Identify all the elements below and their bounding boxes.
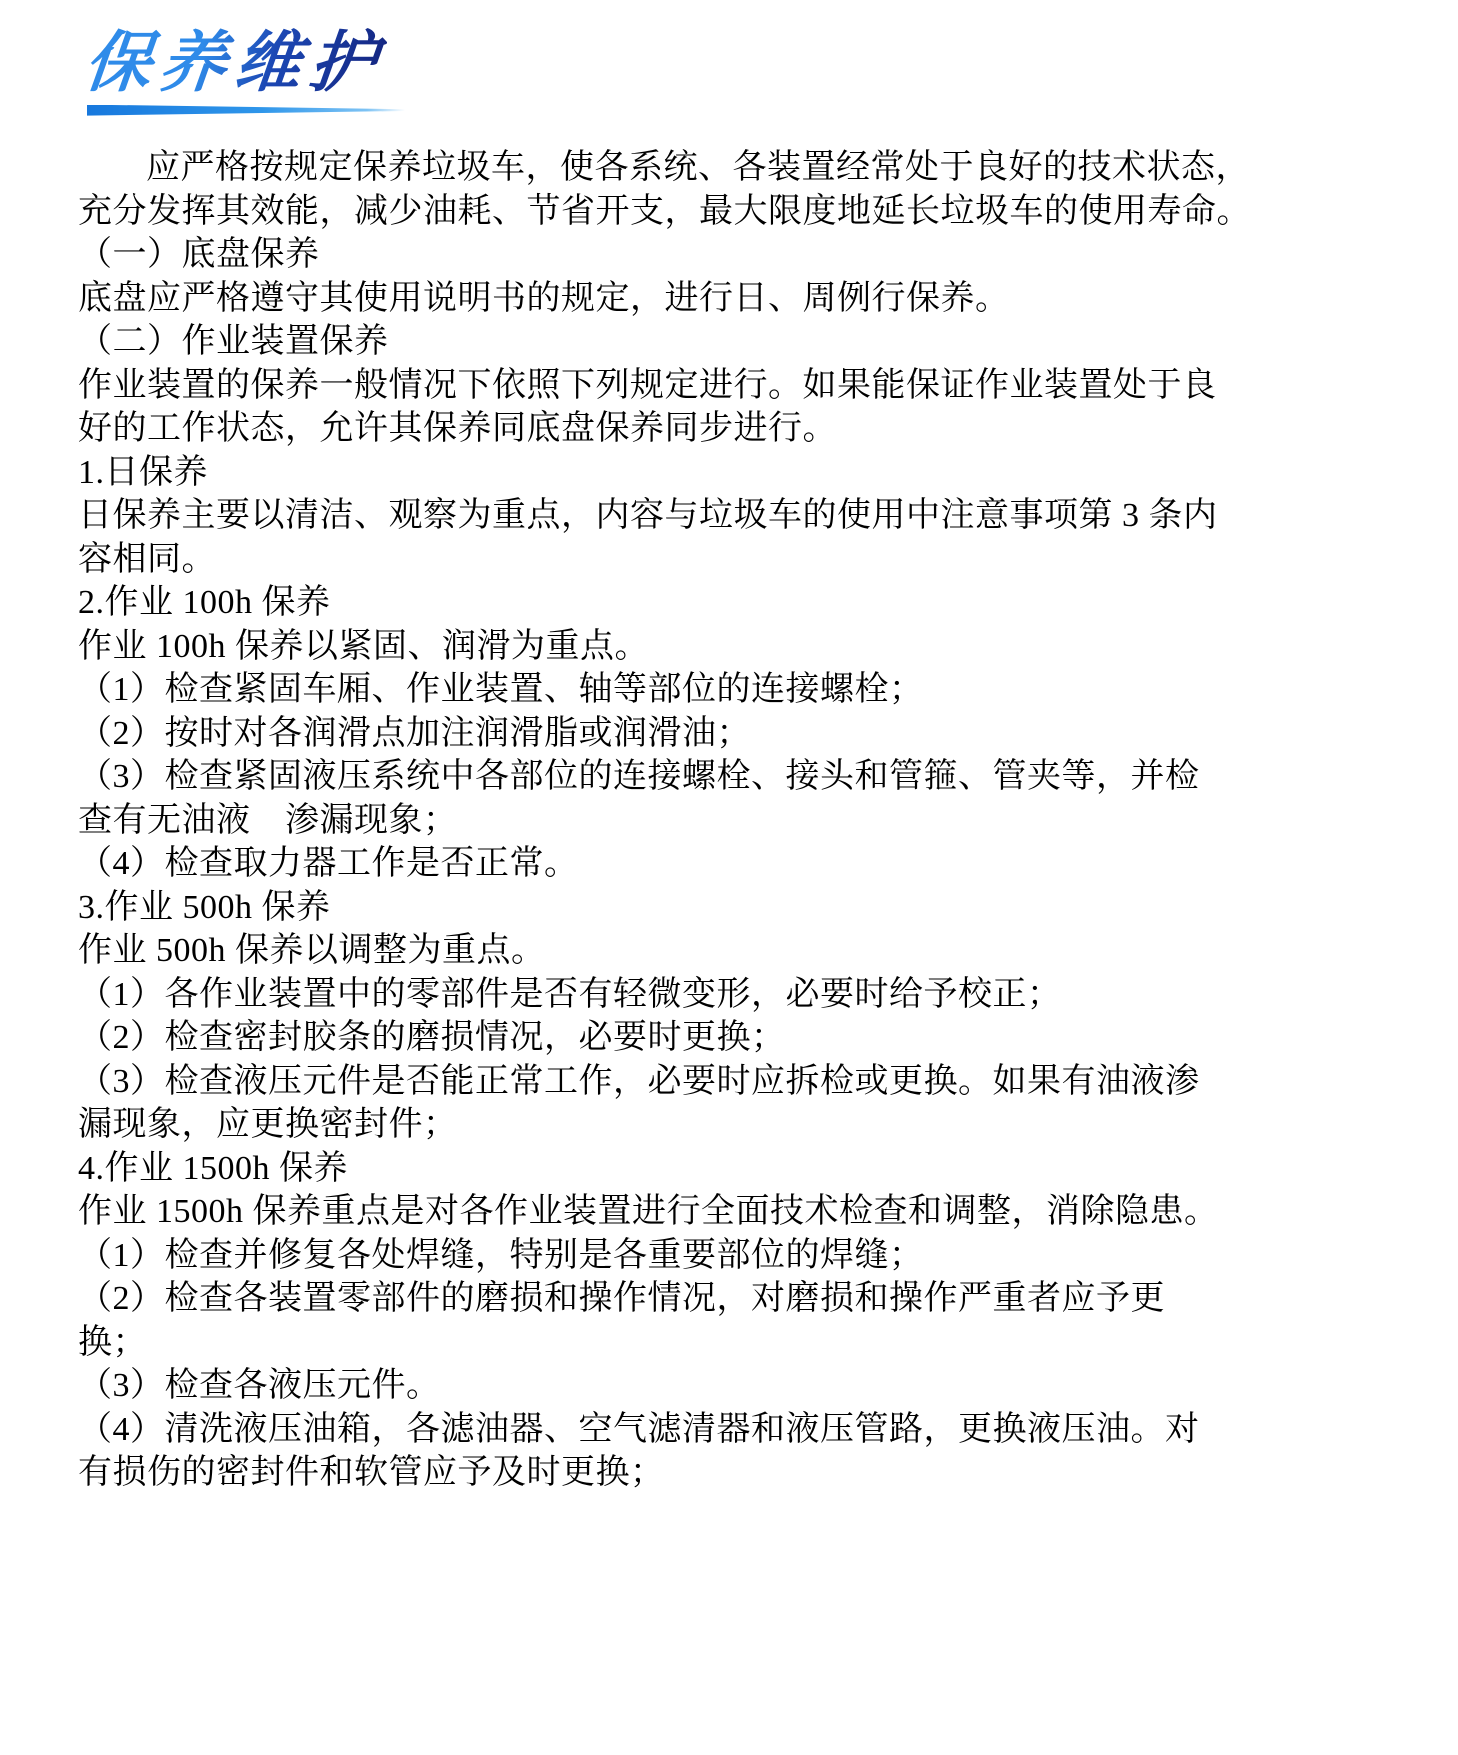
text-line: 有损伤的密封件和软管应予及时更换； — [78, 1451, 1258, 1495]
title-underline-swoosh — [87, 105, 405, 116]
title-block: 保养维护 — [85, 26, 405, 116]
text-line: 4.作业 1500h 保养 — [78, 1147, 1258, 1191]
text-line: （1）检查紧固车厢、作业装置、轴等部位的连接螺栓； — [78, 668, 1258, 712]
text-line: 作业 100h 保养以紧固、润滑为重点。 — [78, 625, 1258, 669]
text-line: 2.作业 100h 保养 — [78, 581, 1258, 625]
text-line: 日保养主要以清洁、观察为重点，内容与垃圾车的使用中注意事项第 3 条内 — [78, 494, 1258, 538]
text-line: 查有无油液 渗漏现象； — [78, 799, 1258, 843]
text-line: 换； — [78, 1321, 1258, 1365]
text-line: （3）检查各液压元件。 — [78, 1364, 1258, 1408]
text-line: （一）底盘保养 — [78, 233, 1258, 277]
text-line: 漏现象，应更换密封件； — [78, 1103, 1258, 1147]
text-line: 3.作业 500h 保养 — [78, 886, 1258, 930]
text-line: 好的工作状态，允许其保养同底盘保养同步进行。 — [78, 407, 1258, 451]
text-line: 作业 1500h 保养重点是对各作业装置进行全面技术检查和调整，消除隐患。 — [78, 1190, 1258, 1234]
document-page: 保养维护 应严格按规定保养垃圾车，使各系统、各装置经常处于良好的技术状态，充分发… — [0, 0, 1458, 1755]
text-line: （二）作业装置保养 — [78, 320, 1258, 364]
text-line: 应严格按规定保养垃圾车，使各系统、各装置经常处于良好的技术状态， — [78, 146, 1258, 190]
text-line: 容相同。 — [78, 538, 1258, 582]
text-line: 作业 500h 保养以调整为重点。 — [78, 929, 1258, 973]
text-line: （1）检查并修复各处焊缝，特别是各重要部位的焊缝； — [78, 1234, 1258, 1278]
text-line: （1）各作业装置中的零部件是否有轻微变形，必要时给予校正； — [78, 973, 1258, 1017]
text-line: 底盘应严格遵守其使用说明书的规定，进行日、周例行保养。 — [78, 277, 1258, 321]
text-line: 1.日保养 — [78, 451, 1258, 495]
page-title: 保养维护 — [81, 26, 389, 99]
text-line: （4）清洗液压油箱，各滤油器、空气滤清器和液压管路，更换液压油。对 — [78, 1408, 1258, 1452]
document-body: 应严格按规定保养垃圾车，使各系统、各装置经常处于良好的技术状态，充分发挥其效能，… — [78, 146, 1258, 1495]
text-line: （2）检查各装置零部件的磨损和操作情况，对磨损和操作严重者应予更 — [78, 1277, 1258, 1321]
text-line: （3）检查紧固液压系统中各部位的连接螺栓、接头和管箍、管夹等，并检 — [78, 755, 1258, 799]
text-line: 充分发挥其效能，减少油耗、节省开支，最大限度地延长垃圾车的使用寿命。 — [78, 190, 1258, 234]
text-line: （2）按时对各润滑点加注润滑脂或润滑油； — [78, 712, 1258, 756]
text-line: （2）检查密封胶条的磨损情况，必要时更换； — [78, 1016, 1258, 1060]
text-line: （4）检查取力器工作是否正常。 — [78, 842, 1258, 886]
text-line: 作业装置的保养一般情况下依照下列规定进行。如果能保证作业装置处于良 — [78, 364, 1258, 408]
text-line: （3）检查液压元件是否能正常工作，必要时应拆检或更换。如果有油液渗 — [78, 1060, 1258, 1104]
